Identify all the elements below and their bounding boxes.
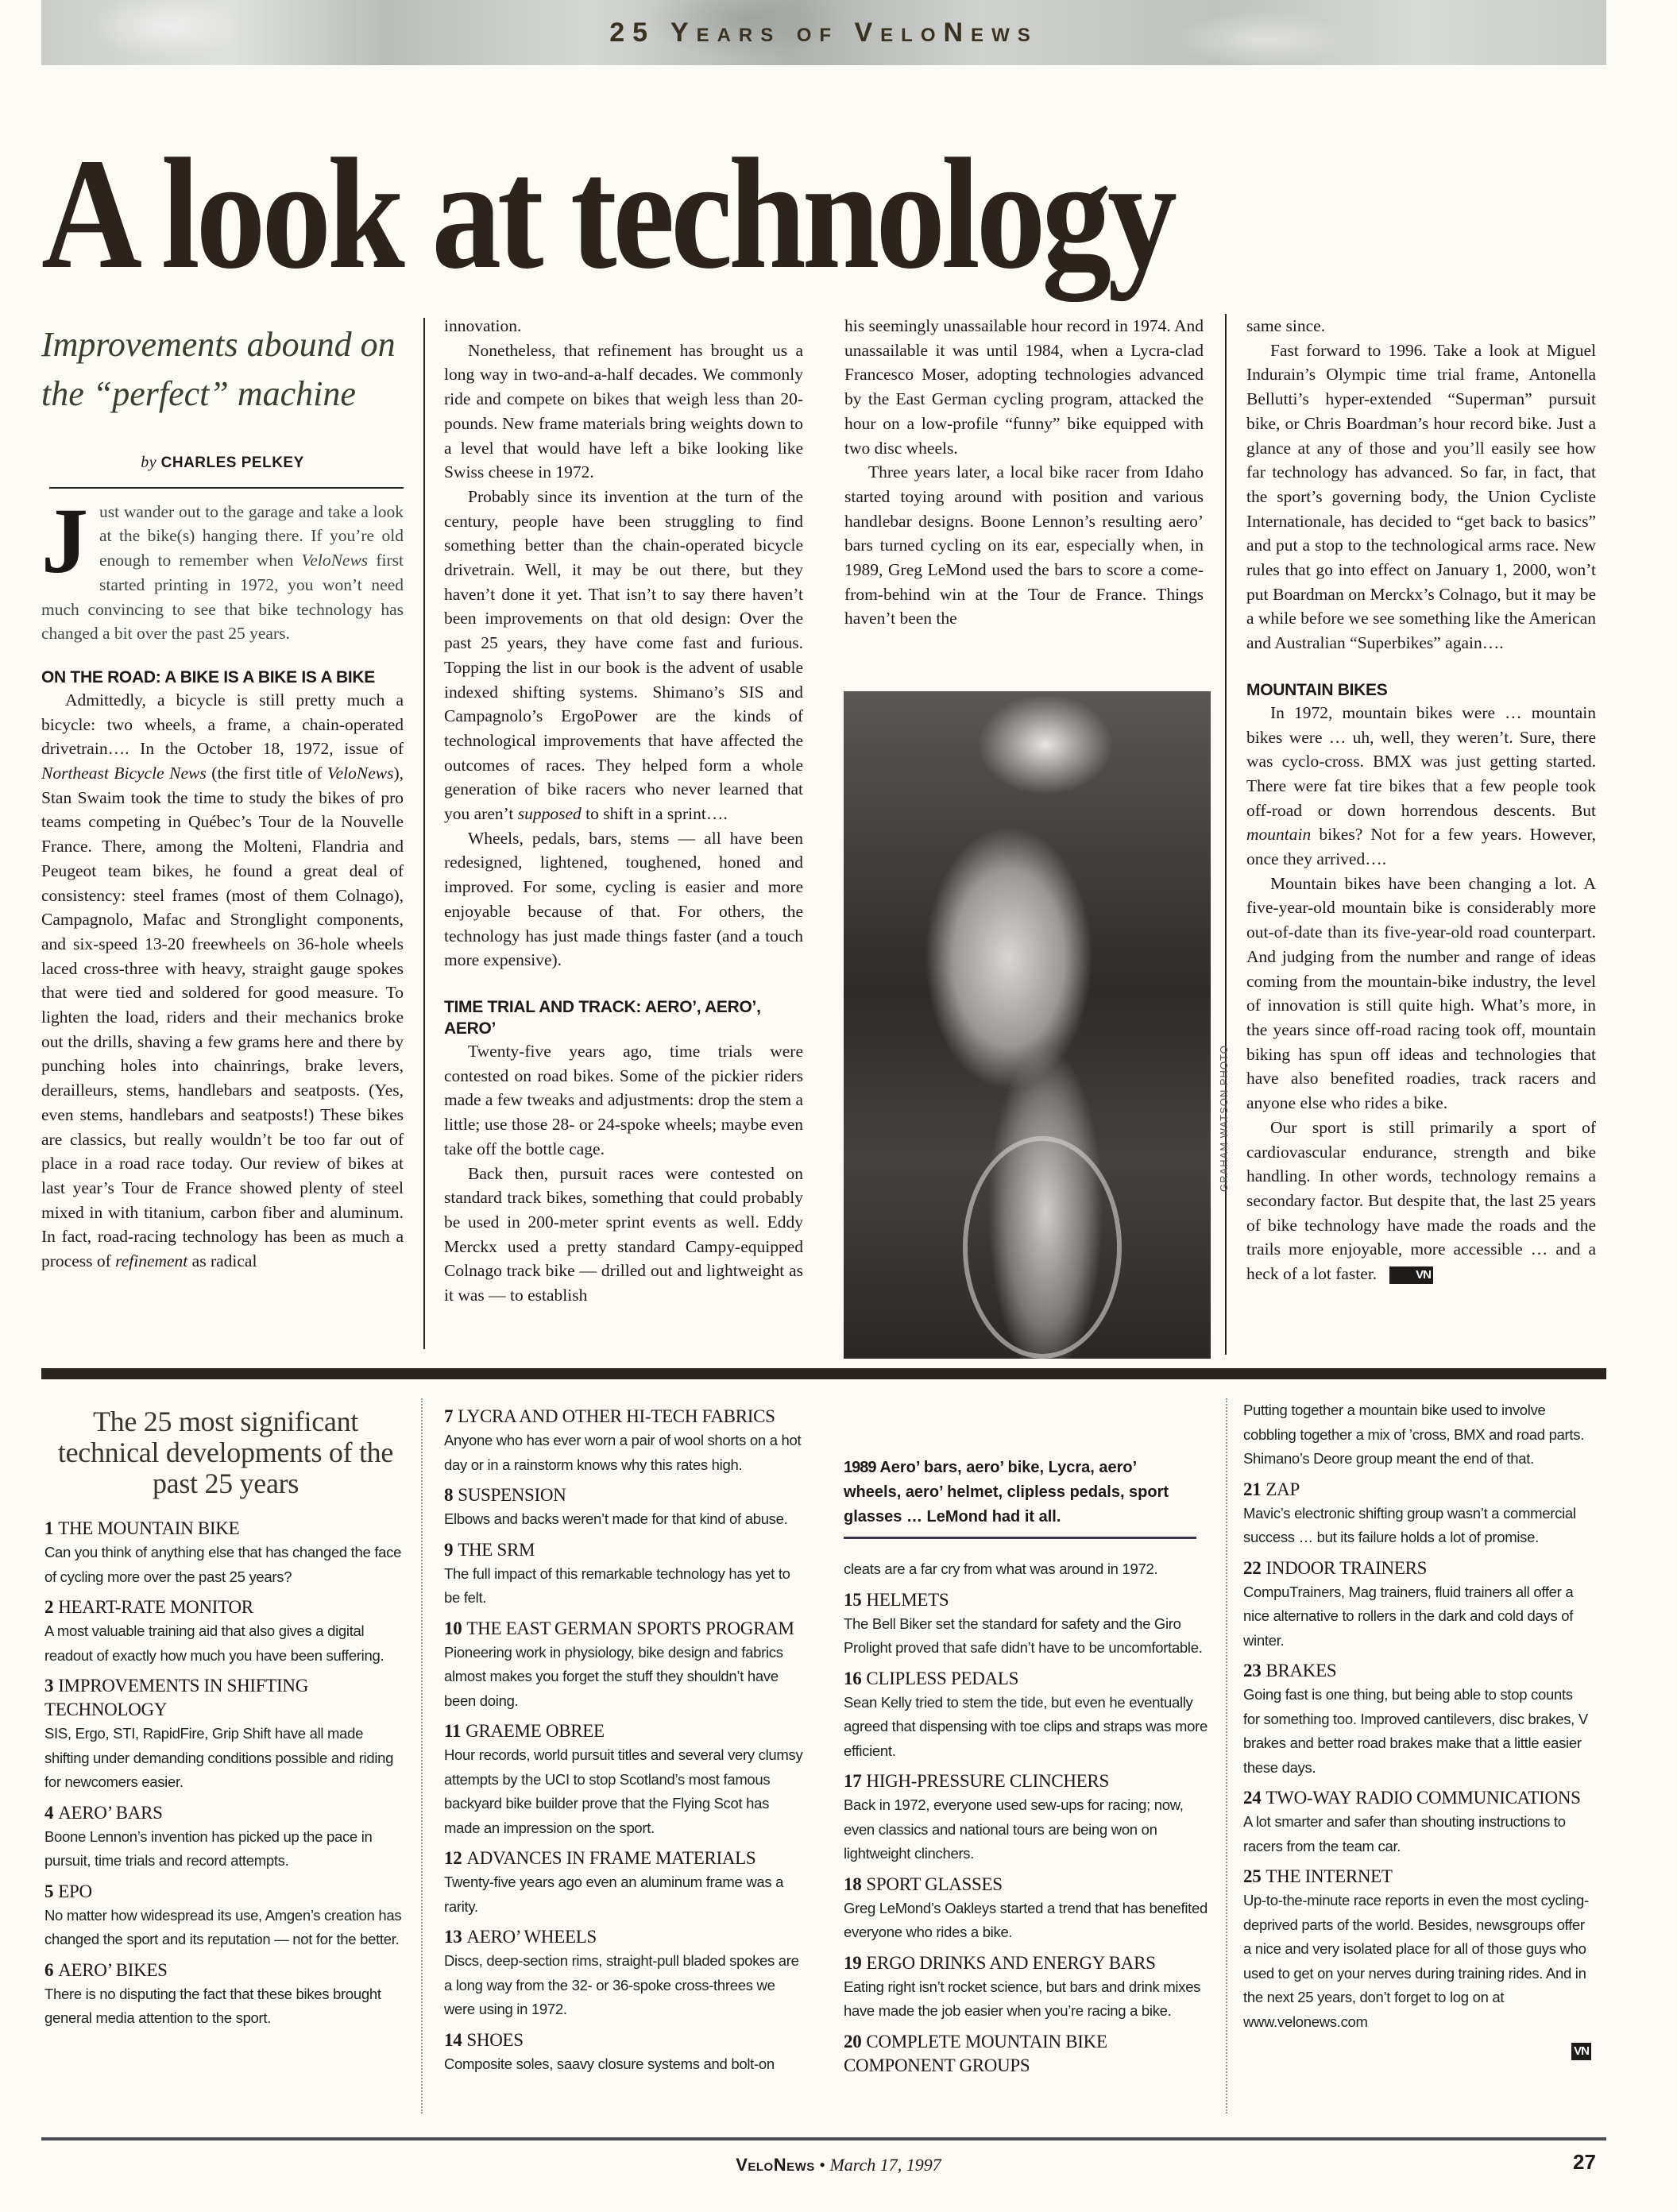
- article-column-1: Improvements abound on the “perfect” mac…: [41, 314, 404, 1274]
- list-item: 11GRAEME OBREEHour records, world pursui…: [444, 1719, 805, 1840]
- paragraph: innovation.: [444, 314, 803, 338]
- list-item: 15HELMETSThe Bell Biker set the standard…: [844, 1588, 1208, 1661]
- section-heading-time-trial: TIME TRIAL AND TRACK: AERO’, AERO’, AERO…: [444, 996, 803, 1039]
- paragraph: Probably since its invention at the turn…: [444, 485, 803, 826]
- vn-end-mark-icon: VN: [1571, 2043, 1591, 2060]
- drop-cap: J: [41, 503, 88, 579]
- paragraph: Nonetheless, that refinement has brought…: [444, 338, 803, 485]
- banner-title: 25 Years of VeloNews: [41, 17, 1606, 48]
- list-item: 22INDOOR TRAINERSCompuTrainers, Mag trai…: [1243, 1557, 1591, 1653]
- list-item: 3IMPROVEMENTS IN SHIFTING TECHNOLOGYSIS,…: [44, 1674, 407, 1795]
- sidebar-column-2: 7LYCRA AND OTHER HI-TECH FABRICSAnyone w…: [444, 1398, 805, 2076]
- paragraph: Twenty-five years ago, time trials were …: [444, 1039, 803, 1162]
- list-item: 4AERO’ BARSBoone Lennon’s invention has …: [44, 1801, 407, 1874]
- footer-brand: VeloNews: [736, 2155, 815, 2175]
- dotted-column-rule: [1226, 1398, 1227, 2113]
- sidebar-column-4: Putting together a mountain bike used to…: [1243, 1398, 1591, 2063]
- sidebar-title: The 25 most significant technical develo…: [44, 1406, 407, 1499]
- list-item: 6AERO’ BIKESThere is no disputing the fa…: [44, 1959, 407, 2031]
- list-item: 20COMPLETE MOUNTAIN BIKE COMPONENT GROUP…: [844, 2030, 1208, 2078]
- list-item: 9THE SRMThe full impact of this remarkab…: [444, 1538, 805, 1611]
- paragraph: Our sport is still primarily a sport of …: [1246, 1116, 1596, 1286]
- list-item: 12ADVANCES IN FRAME MATERIALSTwenty-five…: [444, 1847, 805, 1919]
- list-item: 14SHOESComposite soles, saavy closure sy…: [444, 2028, 805, 2077]
- page-number: 27: [1573, 2150, 1596, 2175]
- list-item: 18SPORT GLASSESGreg LeMond’s Oakleys sta…: [844, 1873, 1208, 1945]
- lede-paragraph: Just wander out to the garage and take a…: [41, 500, 404, 646]
- article-column-3: his seemingly unassailable hour record i…: [844, 314, 1204, 631]
- headline: A look at technology: [41, 135, 1173, 294]
- list-item: 7LYCRA AND OTHER HI-TECH FABRICSAnyone w…: [444, 1405, 805, 1477]
- photo-credit: GRAHAM WATSON PHOTO: [1218, 1045, 1230, 1192]
- paragraph: Admittedly, a bicycle is still pretty mu…: [41, 688, 404, 1274]
- paragraph: Mountain bikes have been changing a lot.…: [1246, 872, 1596, 1116]
- list-item-continued: cleats are a far cry from what was aroun…: [844, 1557, 1208, 1582]
- deck: Improvements abound on the “perfect” mac…: [41, 320, 404, 419]
- list-item: 25THE INTERNETUp-to-the-minute race repo…: [1243, 1865, 1591, 2034]
- list-item: 24TWO-WAY RADIO COMMUNICATIONSA lot smar…: [1243, 1786, 1591, 1858]
- list-item: 8SUSPENSIONElbows and backs weren’t made…: [444, 1483, 805, 1532]
- section-heading-mountain-bikes: MOUNTAIN BIKES: [1246, 679, 1596, 701]
- dotted-column-rule: [421, 1398, 423, 2113]
- caption-rule: [844, 1537, 1196, 1539]
- list-item-continued: Putting together a mountain bike used to…: [1243, 1398, 1591, 1471]
- paragraph: same since.: [1246, 314, 1596, 338]
- byline-rule: [49, 487, 404, 489]
- caption-text: Aero’ bars, aero’ bike, Lycra, aero’ whe…: [844, 1459, 1169, 1526]
- list-item: 5EPONo matter how widespread its use, Am…: [44, 1880, 407, 1952]
- paragraph: Back then, pursuit races were contested …: [444, 1162, 803, 1308]
- header-banner: 25 Years of VeloNews: [41, 0, 1606, 65]
- list-item: 1THE MOUNTAIN BIKECan you think of anyth…: [44, 1517, 407, 1589]
- byline: by CHARLES PELKEY: [41, 451, 404, 476]
- footer-rule: [41, 2137, 1606, 2140]
- article-column-2: innovation. Nonetheless, that refinement…: [444, 314, 803, 1308]
- list-item: 23BRAKESGoing fast is one thing, but bei…: [1243, 1659, 1591, 1780]
- paragraph: his seemingly unassailable hour record i…: [844, 314, 1204, 460]
- sidebar-column-3: cleats are a far cry from what was aroun…: [844, 1557, 1208, 2078]
- list-item: 21ZAPMavic’s electronic shifting group w…: [1243, 1478, 1591, 1550]
- column-rule: [1225, 314, 1227, 1355]
- list-item: 19ERGO DRINKS AND ENERGY BARSEating righ…: [844, 1951, 1208, 2024]
- list-item: 2HEART-RATE MONITORA most valuable train…: [44, 1595, 407, 1668]
- section-heading-road: ON THE ROAD: A BIKE IS A BIKE IS A BIKE: [41, 667, 404, 688]
- paragraph: Wheels, pedals, bars, stems — all have b…: [444, 826, 803, 973]
- page-footer: VeloNews • March 17, 1997: [0, 2155, 1677, 2175]
- footer-separator: •: [819, 2155, 825, 2175]
- section-divider-bar: [41, 1368, 1606, 1379]
- lemond-photo: [844, 691, 1211, 1359]
- column-rule: [423, 318, 425, 1349]
- paragraph: In 1972, mountain bikes were … mountain …: [1246, 701, 1596, 872]
- list-item: 16CLIPLESS PEDALSSean Kelly tried to ste…: [844, 1667, 1208, 1764]
- list-item: 13AERO’ WHEELSDiscs, deep-section rims, …: [444, 1925, 805, 2022]
- article-column-4: same since. Fast forward to 1996. Take a…: [1246, 314, 1596, 1286]
- byline-prefix: by: [141, 454, 156, 471]
- caption-year: 1989: [844, 1459, 876, 1476]
- list-item: 17HIGH-PRESSURE CLINCHERSBack in 1972, e…: [844, 1769, 1208, 1866]
- paragraph: Fast forward to 1996. Take a look at Mig…: [1246, 338, 1596, 655]
- photo-caption: 1989 Aero’ bars, aero’ bike, Lycra, aero…: [844, 1456, 1193, 1529]
- vn-end-mark-icon: VN: [1389, 1266, 1433, 1284]
- bike-wheel-shape: [963, 1136, 1122, 1359]
- paragraph: Three years later, a local bike racer fr…: [844, 460, 1204, 631]
- list-item: 10THE EAST GERMAN SPORTS PROGRAMPioneeri…: [444, 1617, 805, 1714]
- byline-author: CHARLES PELKEY: [161, 454, 304, 471]
- footer-date: March 17, 1997: [829, 2155, 941, 2175]
- sidebar-column-1: The 25 most significant technical develo…: [44, 1398, 407, 2031]
